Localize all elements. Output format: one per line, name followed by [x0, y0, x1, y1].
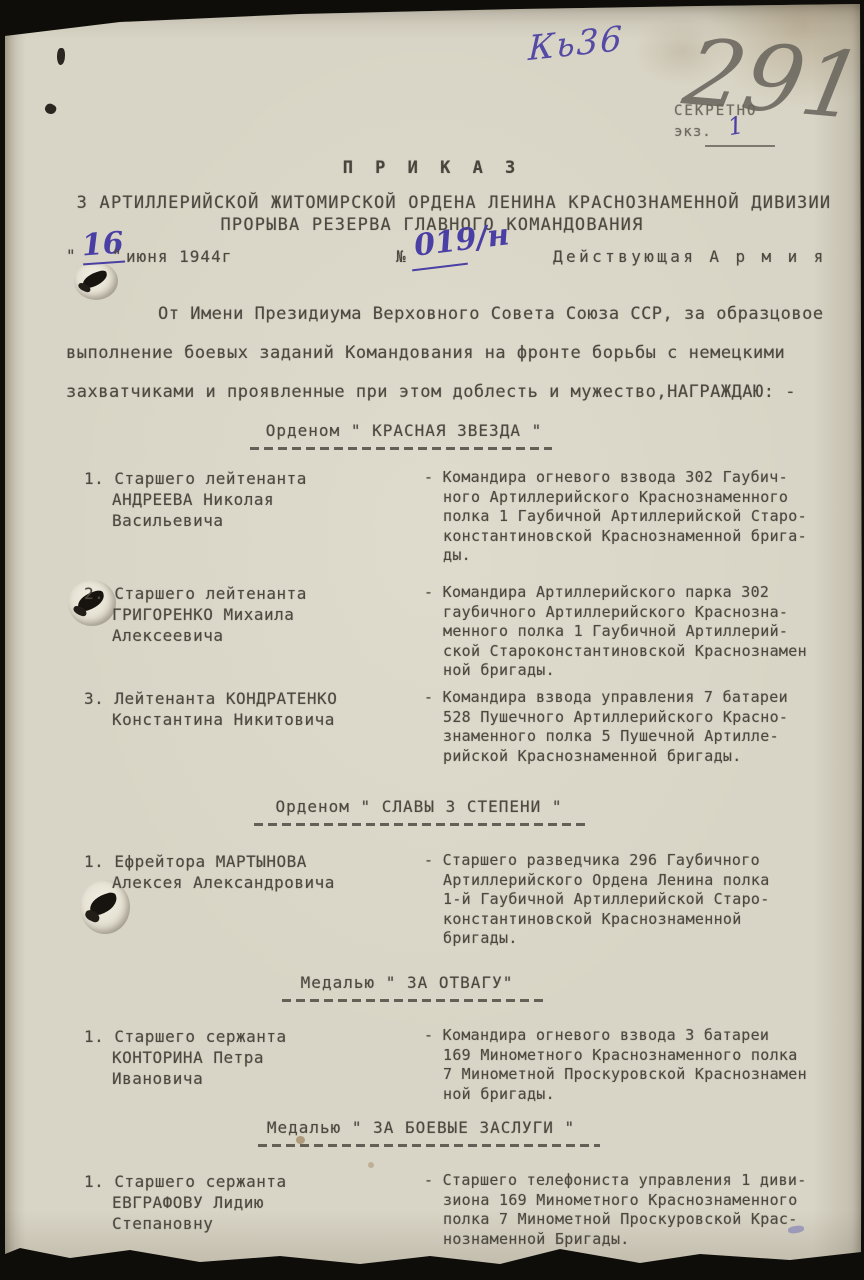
text-line: ГРИГОРЕНКО Михаила [84, 604, 424, 625]
award-entry: 2. Старшего лейтенантаГРИГОРЕНКО Михаила… [84, 583, 856, 681]
entry-position: - Командира огневого взвода 302 Гаубич-н… [424, 468, 856, 566]
text-line: ной бригады. [424, 1085, 856, 1105]
award-entry: 1. Ефрейтора МАРТЫНОВААлексея Александро… [84, 851, 856, 949]
text-line: ЕВГРАФОВУ Лидию [84, 1192, 424, 1213]
text-line: ды. [424, 546, 856, 566]
text-line: зиона 169 Минометного Краснознаменного [424, 1191, 856, 1211]
text-line: - Командира огневого взвода 3 батареи [424, 1026, 856, 1046]
army-label: Действующая А р м и я [553, 247, 827, 266]
text-line: - Старшего телефониста управления 1 диви… [424, 1171, 856, 1191]
text-line: Васильевича [84, 510, 424, 531]
entry-recipient: 1. Старшего сержантаЕВГРАФОВУ ЛидиюСтепа… [84, 1171, 424, 1249]
text-line: захватчиками и проявленные при этом добл… [66, 373, 826, 412]
text-line: Ивановича [84, 1068, 424, 1089]
entry-position: - Старшего телефониста управления 1 диви… [424, 1171, 856, 1249]
text-line: бригады. [424, 929, 856, 949]
entry-position: - Старшего разведчика 296 ГаубичногоАрти… [424, 851, 856, 949]
copy-number-line [705, 145, 775, 147]
text-line: - Командира взвода управления 7 батареи [424, 688, 856, 708]
entry-position: - Командира взвода управления 7 батареи5… [424, 688, 856, 766]
award-entry: 3. Лейтенанта КОНДРАТЕНКОКонстантина Ник… [84, 688, 856, 766]
text-line: От Имени Президиума Верховного Совета Со… [66, 295, 826, 334]
text-line: Артиллерийского Ордена Ленина полка [424, 871, 856, 891]
section-heading: Медалью " ЗА ОТВАГУ" [0, 973, 839, 992]
text-line: 3. Лейтенанта КОНДРАТЕНКО [84, 688, 424, 709]
stain-dot [296, 1136, 305, 1144]
section-heading: Орденом " КРАСНАЯ ЗВЕЗДА " [0, 421, 836, 440]
date-month-year: июня 1944г [126, 247, 232, 266]
text-line: выполнение боевых заданий Командования н… [66, 334, 826, 373]
text-line: менного полка 1 Гаубичной Артиллерий- [424, 622, 856, 642]
entry-recipient: 1. Ефрейтора МАРТЫНОВААлексея Александро… [84, 851, 424, 949]
preamble: От Имени Президиума Верховного Совета Со… [66, 295, 826, 412]
text-line: знаменного полка 5 Пушечной Артилле- [424, 727, 856, 747]
text-line: ской Староконстантиновской Краснознамен [424, 642, 856, 662]
text-line: - Командира огневого взвода 302 Гаубич- [424, 468, 856, 488]
award-entry: 1. Старшего лейтенантаАНДРЕЕВА НиколаяВа… [84, 468, 856, 566]
text-line: полка 1 Гаубичной Артиллерийской Старо- [424, 507, 856, 527]
text-line: рийской Краснознаменной бригады. [424, 747, 856, 767]
text-line: ной бригады. [424, 661, 856, 681]
entry-recipient: 2. Старшего лейтенантаГРИГОРЕНКО Михаила… [84, 583, 424, 681]
number-sign: № [396, 247, 406, 266]
text-line: 1-й Гаубичной Артиллерийской Старо- [424, 890, 856, 910]
text-line: полка 7 Минометной Проскуровской Крас- [424, 1210, 856, 1230]
text-line: 1. Старшего лейтенанта [84, 468, 424, 489]
text-line: Степановну [84, 1213, 424, 1234]
text-line: Константина Никитовича [84, 709, 424, 730]
entry-recipient: 1. Старшего лейтенантаАНДРЕЕВА НиколаяВа… [84, 468, 424, 566]
text-line: константиновской Краснознаменной [424, 910, 856, 930]
text-line: Алексея Александровича [84, 872, 424, 893]
date-open-quote: " [66, 246, 76, 265]
section-heading: Медалью " ЗА БОЕВЫЕ ЗАСЛУГИ " [0, 1118, 853, 1137]
text-line: 528 Пушечного Артиллерийского Красно- [424, 708, 856, 728]
text-line: 7 Минометной Проскуровской Краснознамен [424, 1065, 856, 1085]
text-line: 1. Старшего сержанта [84, 1171, 424, 1192]
dashed-underline [282, 999, 545, 1002]
dashed-underline [250, 447, 552, 450]
stain-dot [368, 1162, 374, 1168]
section-heading: Орденом " СЛАВЫ 3 СТЕПЕНИ " [0, 797, 851, 816]
entry-position: - Командира Артиллерийского парка 302гау… [424, 583, 856, 681]
scanned-order-page: { "colors":{"paper":"#d9d5c6","typewrite… [0, 0, 864, 1280]
text-line: нознаменной Бригады. [424, 1230, 856, 1250]
text-line: ного Артиллерийского Краснознаменного [424, 488, 856, 508]
date-close-quote: " [112, 246, 122, 265]
dashed-underline [258, 1144, 600, 1147]
entry-position: - Командира огневого взвода 3 батареи169… [424, 1026, 856, 1104]
text-line: 1. Старшего сержанта [84, 1026, 424, 1047]
entry-recipient: 3. Лейтенанта КОНДРАТЕНКОКонстантина Ник… [84, 688, 424, 766]
text-line: 1. Ефрейтора МАРТЫНОВА [84, 851, 424, 872]
award-entry: 1. Старшего сержантаЕВГРАФОВУ ЛидиюСтепа… [84, 1171, 856, 1249]
issuer-line-1: 3 АРТИЛЛЕРИЙСКОЙ ЖИТОМИРСКОЙ ОРДЕНА ЛЕНИ… [22, 193, 864, 213]
text-line: гаубичного Артиллерийского Краснозна- [424, 603, 856, 623]
entry-recipient: 1. Старшего сержантаКОНТОРИНА ПетраИвано… [84, 1026, 424, 1104]
text-line: 2. Старшего лейтенанта [84, 583, 424, 604]
handwritten-page-number: 291 [678, 27, 864, 133]
text-line: - Командира Артиллерийского парка 302 [424, 583, 856, 603]
text-line: константиновской Краснознаменной брига- [424, 527, 856, 547]
award-entry: 1. Старшего сержантаКОНТОРИНА ПетраИвано… [84, 1026, 856, 1104]
text-line: АНДРЕЕВА Николая [84, 489, 424, 510]
order-title: П Р И К А З [0, 158, 864, 178]
text-line: Алексеевича [84, 625, 424, 646]
text-line: 169 Минометного Краснознаменного полка [424, 1046, 856, 1066]
text-line: КОНТОРИНА Петра [84, 1047, 424, 1068]
dashed-underline [254, 823, 586, 826]
text-line: - Старшего разведчика 296 Гаубичного [424, 851, 856, 871]
